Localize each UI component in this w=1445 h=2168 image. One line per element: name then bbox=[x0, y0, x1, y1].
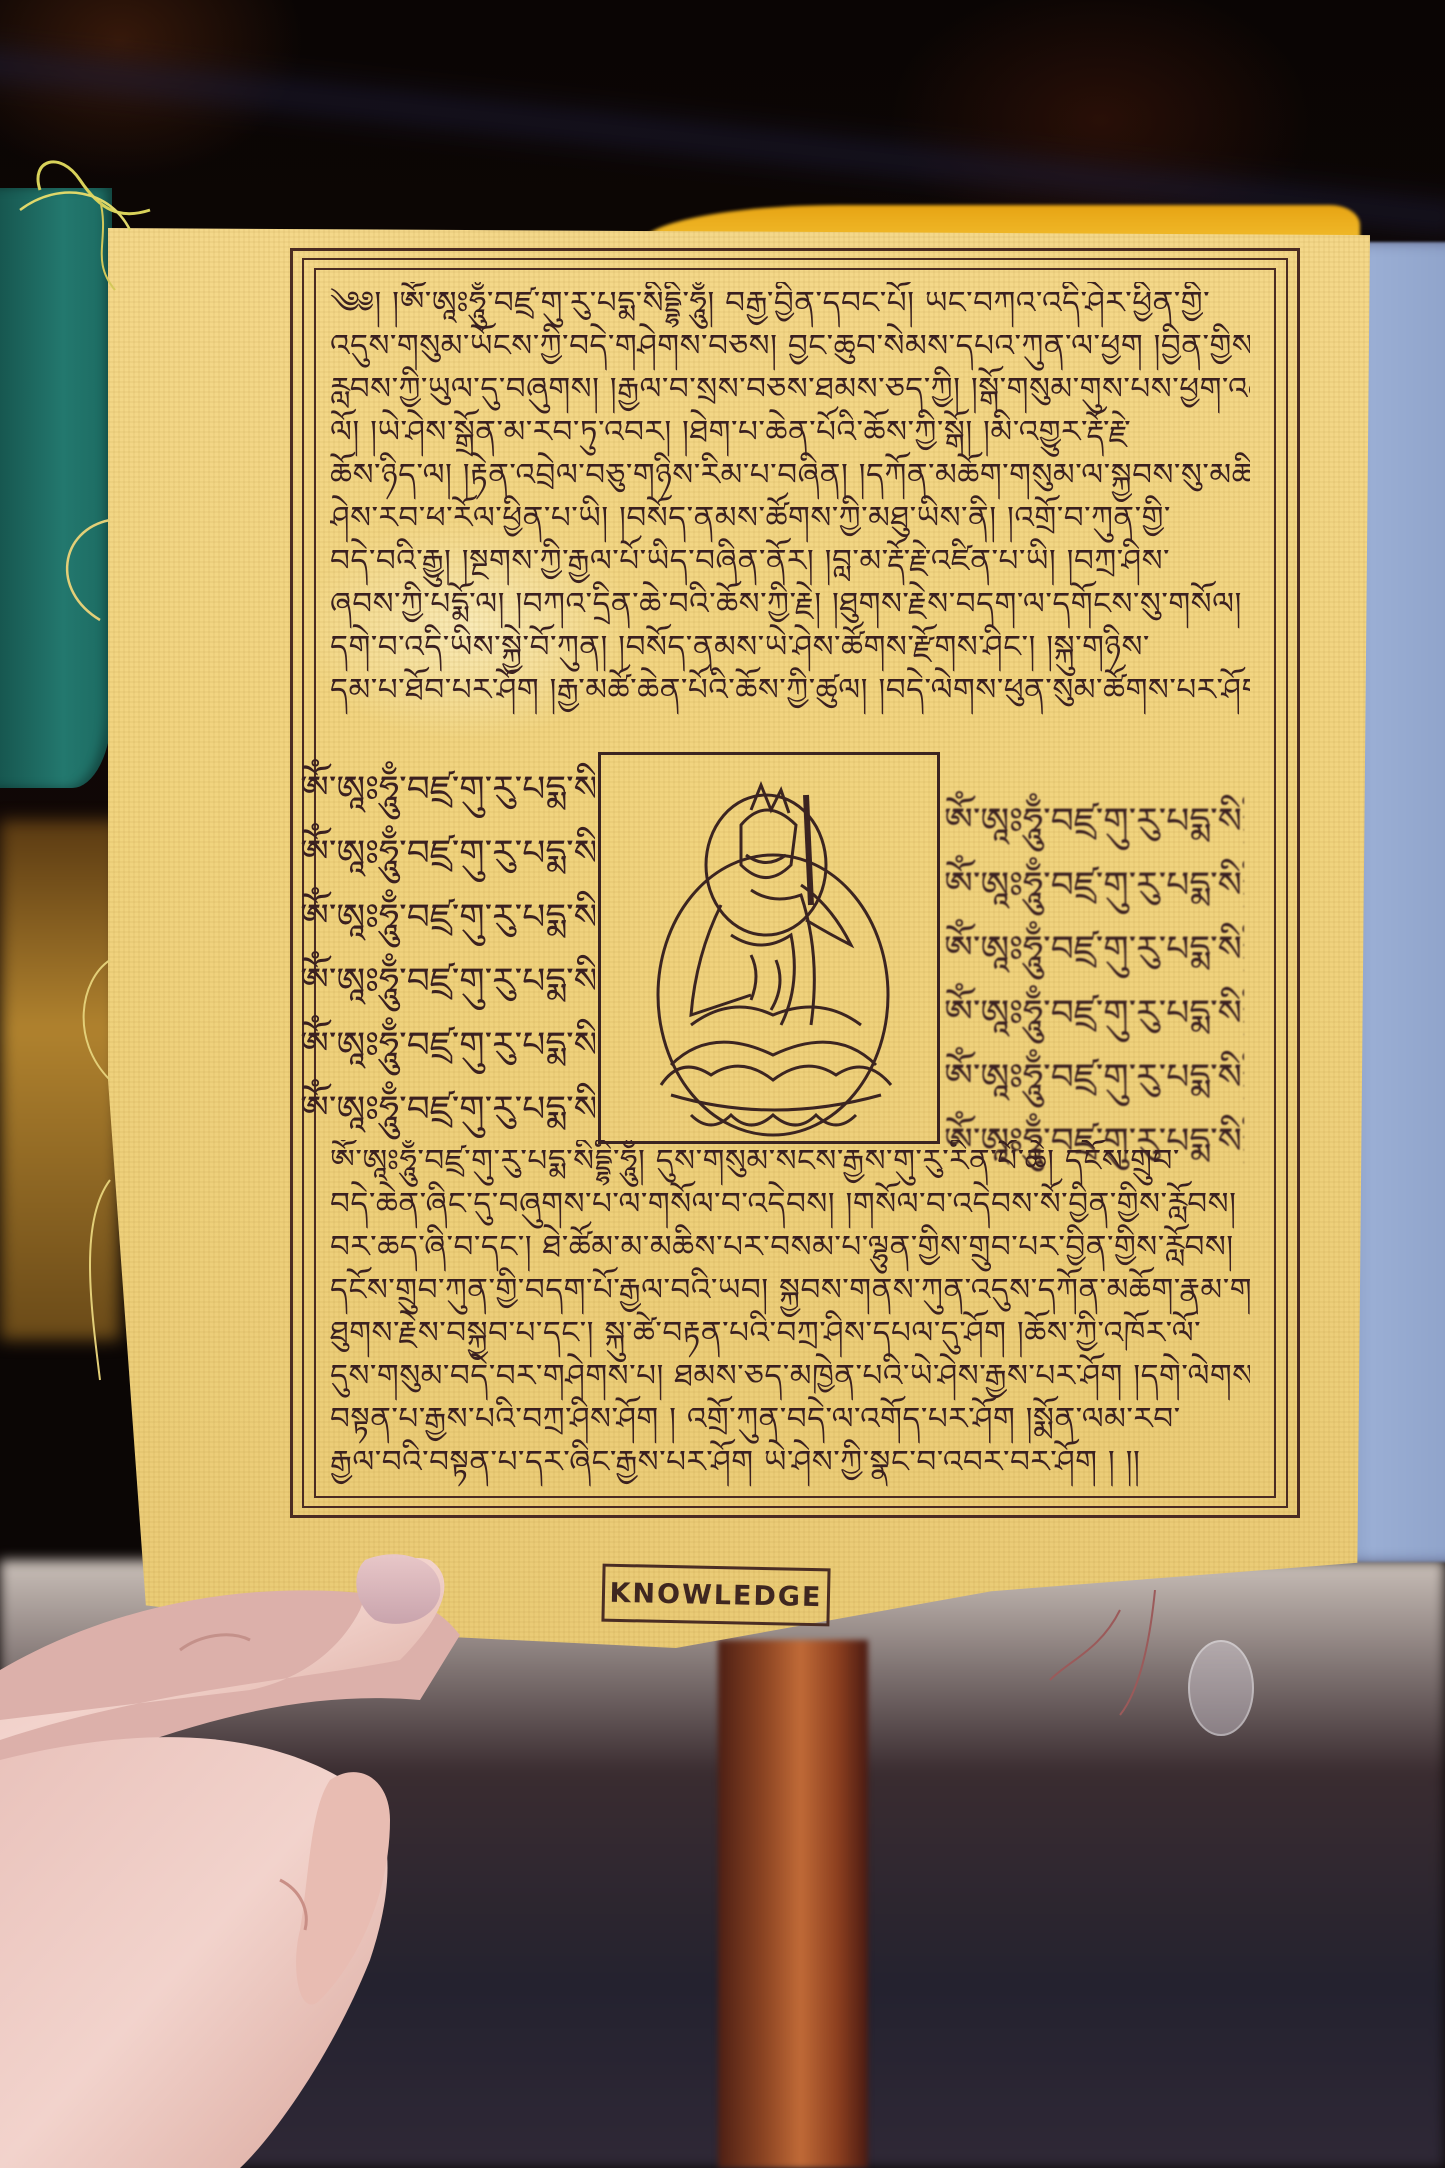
bokeh-highlight bbox=[1188, 1640, 1254, 1736]
hand-holding-flag bbox=[0, 1540, 520, 2168]
mantra-line: ཨོཾ་ཨཱཿཧཱུྃ་བཛྲ་གུ་རུ་པདྨ་སིདྡྷི་ཧཱུྃ། bbox=[300, 886, 595, 950]
prayer-line: དངོས་གྲུབ་ཀུན་གྱི་བདག་པོ་རྒྱལ་བའི་ཡབ། སྐ… bbox=[330, 1269, 1250, 1312]
deity-illustration-frame bbox=[598, 752, 940, 1144]
hanging-threads bbox=[1040, 1590, 1180, 1730]
prayer-line: བདེ་བའི་རྒྱུ། །སྔགས་ཀྱི་རྒྱལ་པོ་ཡིད་བཞིན… bbox=[330, 540, 1250, 583]
prayer-line: བདེ་ཆེན་ཞིང་དུ་བཞུགས་པ་ལ་གསོལ་བ་འདེབས། །… bbox=[330, 1183, 1250, 1226]
prayer-line: ཆོས་ཉིད་ལ། །རྟེན་འབྲེལ་བཅུ་གཉིས་རིམ་པ་བཞ… bbox=[330, 454, 1250, 497]
mantra-line: ཨོཾ་ཨཱཿཧཱུྃ་བཛྲ་གུ་རུ་པདྨ་སིདྡྷི་ཧཱུྃ། bbox=[944, 1046, 1244, 1110]
prayer-text-bottom: ཨོཾ་ཨཱཿཧཱུྃ་བཛྲ་གུ་རུ་པདྨ་སིདྡྷི་ཧཱུྃ། ད… bbox=[330, 1140, 1250, 1510]
prayer-line: དགེ་བ་འདི་ཡིས་སྐྱེ་བོ་ཀུན། །བསོད་ནམས་ཡེ་… bbox=[330, 626, 1250, 669]
prayer-line: ཐུགས་རྗེས་བསྐྱབ་པ་དང་། སྐུ་ཚེ་བརྟན་པའི་བ… bbox=[330, 1312, 1250, 1355]
flag-edge-threads bbox=[40, 480, 130, 1480]
loose-threads bbox=[0, 140, 260, 400]
prayer-line: འདུས་གསུམ་ཡོངས་ཀྱི་བདེ་གཤེགས་བཅས། བྱང་ཆུ… bbox=[330, 325, 1250, 368]
prayer-line: དུས་གསུམ་བདེ་བར་གཤེགས་པ། ཐམས་ཅད་མཁྱེན་པའ… bbox=[330, 1355, 1250, 1398]
prayer-line: ཨོཾ་ཨཱཿཧཱུྃ་བཛྲ་གུ་རུ་པདྨ་སིདྡྷི་ཧཱུྃ། ད… bbox=[330, 1140, 1250, 1183]
flag-label-knowledge: KNOWLEDGE bbox=[601, 1564, 830, 1627]
prayer-line: ཞབས་ཀྱི་པདྨོ་ལ། །བཀའ་དྲིན་ཆེ་བའི་ཆོས་ཀྱི… bbox=[330, 583, 1250, 626]
mantra-line: ཨོཾ་ཨཱཿཧཱུྃ་བཛྲ་གུ་རུ་པདྨ་སིདྡྷི་ཧཱུྃ། bbox=[300, 1014, 595, 1078]
prayer-line: དམ་པ་ཐོབ་པར་ཤོག །རྒྱ་མཚོ་ཆེན་པོའི་ཆོས་ཀྱ… bbox=[330, 669, 1250, 712]
mantra-line: ཨོཾ་ཨཱཿཧཱུྃ་བཛྲ་གུ་རུ་པདྨ་སིདྡྷི་ཧཱུྃ། bbox=[944, 854, 1244, 918]
prayer-line: ༄༅། །ཨོཾ་ཨཱཿཧཱུྃ་བཛྲ་གུ་རུ་པདྨ་སིདྡྷི་ཧཱ… bbox=[330, 282, 1250, 325]
guru-rinpoche-figure-icon bbox=[601, 755, 943, 1147]
mantra-line: ཨོཾ་ཨཱཿཧཱུྃ་བཛྲ་གུ་རུ་པདྨ་སིདྡྷི་ཧཱུྃ། bbox=[944, 982, 1244, 1046]
prayer-line: བར་ཆད་ཞི་བ་དང་། ཐེ་ཚོམ་མ་མཆིས་པར་བསམ་པ་ལ… bbox=[330, 1226, 1250, 1269]
photo-scene: ༄༅། །ཨོཾ་ཨཱཿཧཱུྃ་བཛྲ་གུ་རུ་པདྨ་སིདྡྷི་ཧཱ… bbox=[0, 0, 1445, 2168]
mantra-line: ཨོཾ་ཨཱཿཧཱུྃ་བཛྲ་གུ་རུ་པདྨ་སིདྡྷི་ཧཱུྃ། bbox=[300, 822, 595, 886]
mantra-line: ཨོཾ་ཨཱཿཧཱུྃ་བཛྲ་གུ་རུ་པདྨ་སིདྡྷི་ཧཱུྃ། bbox=[944, 918, 1244, 982]
mantra-line: ཨོཾ་ཨཱཿཧཱུྃ་བཛྲ་གུ་རུ་པདྨ་སིདྡྷི་ཧཱུྃ། bbox=[300, 1078, 595, 1142]
prayer-line: རླབས་ཀྱི་ཡུལ་དུ་བཞུགས། །རྒྱལ་བ་སྲས་བཅས་ཐ… bbox=[330, 368, 1250, 411]
wooden-pole bbox=[718, 1640, 868, 2168]
mantra-column-left: ཨོཾ་ཨཱཿཧཱུྃ་བཛྲ་གུ་རུ་པདྨ་སིདྡྷི་ཧཱུྃ། ཨ… bbox=[300, 758, 595, 1142]
prayer-line: ཤེས་རབ་ཕ་རོལ་ཕྱིན་པ་ཡི། །བསོད་ནམས་ཚོགས་ཀ… bbox=[330, 497, 1250, 540]
mantra-line: ཨོཾ་ཨཱཿཧཱུྃ་བཛྲ་གུ་རུ་པདྨ་སིདྡྷི་ཧཱུྃ། bbox=[944, 790, 1244, 854]
mantra-line: ཨོཾ་ཨཱཿཧཱུྃ་བཛྲ་གུ་རུ་པདྨ་སིདྡྷི་ཧཱུྃ། bbox=[300, 950, 595, 1014]
mantra-line: ཨོཾ་ཨཱཿཧཱུྃ་བཛྲ་གུ་རུ་པདྨ་སིདྡྷི་ཧཱུྃ། bbox=[300, 758, 595, 822]
prayer-line: རྒྱལ་བའི་བསྟན་པ་དར་ཞིང་རྒྱས་པར་ཤོག ཡེ་ཤེ… bbox=[330, 1441, 1250, 1484]
prayer-line: ལོ། །ཡེ་ཤེས་སྒྲོན་མ་རབ་ཏུ་འབར། །ཐེག་པ་ཆེ… bbox=[330, 411, 1250, 454]
prayer-line: བསྟན་པ་རྒྱས་པའི་བཀྲ་ཤིས་ཤོག ། འགྲོ་ཀུན་བ… bbox=[330, 1398, 1250, 1441]
prayer-text-top: ༄༅། །ཨོཾ་ཨཱཿཧཱུྃ་བཛྲ་གུ་རུ་པདྨ་སིདྡྷི་ཧཱ… bbox=[330, 282, 1250, 752]
mantra-column-right: ཨོཾ་ཨཱཿཧཱུྃ་བཛྲ་གུ་རུ་པདྨ་སིདྡྷི་ཧཱུྃ། ཨ… bbox=[944, 790, 1244, 1174]
